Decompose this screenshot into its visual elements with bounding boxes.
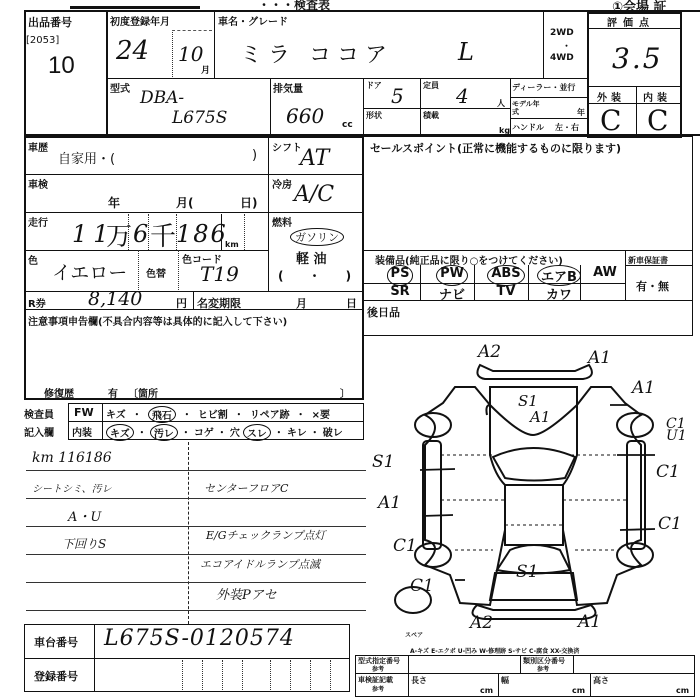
divider <box>510 78 511 136</box>
first-reg-month: 10 <box>178 42 203 66</box>
damage-front-bumper-right: A1 <box>588 348 611 368</box>
header-rule <box>70 6 200 9</box>
shift-value: AT <box>300 146 329 171</box>
sales-block <box>363 136 693 336</box>
note-rule <box>26 554 366 555</box>
damage-front-bumper-left: A2 <box>478 342 501 362</box>
note-left-4: 下回りS <box>62 535 106 552</box>
divider <box>543 10 544 78</box>
damage-trunk: S1 <box>516 562 538 582</box>
divider <box>102 403 103 440</box>
color-code: T19 <box>200 262 239 286</box>
fuel-label: 燃料 <box>272 214 292 229</box>
lot-label: 出品番号 <box>28 14 72 30</box>
right-doors <box>627 441 645 549</box>
model-year-label: モデル年式 <box>512 100 542 116</box>
drive-2wd[interactable]: 2WD <box>550 28 574 38</box>
reg-cell-divider <box>310 660 311 690</box>
fw-item-scratch[interactable]: キズ <box>106 406 126 423</box>
damage-right-front-fender: A1 <box>632 378 655 398</box>
divider <box>520 655 521 673</box>
damage-left-rear-door: A1 <box>378 493 401 513</box>
damage-spare: C1 <box>410 576 434 596</box>
exterior-grade: C <box>600 104 621 137</box>
model-year-unit: 年 <box>577 107 585 118</box>
fw-item-chip[interactable]: 飛石 <box>148 406 176 423</box>
divider <box>363 108 510 109</box>
handle-label: ハンドル <box>512 122 544 133</box>
car-name: ミラ ココア <box>240 38 393 69</box>
inspection-label: 車検 <box>28 176 48 191</box>
load-label: 積載 <box>423 110 439 121</box>
divider <box>193 291 194 309</box>
fw-item-crack[interactable]: ヒビ割 <box>198 406 228 423</box>
recycle-label: R券 <box>28 295 46 310</box>
interior-row-label: 内装 <box>72 424 92 439</box>
repair-value[interactable]: 有 <box>108 385 118 400</box>
handle-value[interactable]: 左・右 <box>555 122 579 133</box>
interior-grade: C <box>647 104 668 137</box>
divider <box>498 673 499 697</box>
note-rule <box>26 610 366 611</box>
divider <box>573 655 574 673</box>
int-item-tear[interactable]: 破レ <box>323 424 343 441</box>
model-line2: L675S <box>172 108 227 128</box>
doors: 5 <box>391 84 404 108</box>
int-item-scratch[interactable]: キズ <box>106 424 134 441</box>
repair-close: 〕 <box>340 385 350 400</box>
divider <box>106 10 108 136</box>
int-item-stain[interactable]: 汚レ <box>150 424 178 441</box>
displacement-unit: cc <box>342 120 353 130</box>
int-item-cut[interactable]: キレ <box>287 424 307 441</box>
divider <box>24 212 364 213</box>
repair-label: 修復歴 <box>44 385 74 400</box>
width-label: 幅 <box>501 675 509 686</box>
height-unit: cm <box>676 686 689 695</box>
aircon-label: 冷房 <box>272 176 292 191</box>
dims-sub: 参考 <box>372 684 384 693</box>
recycle-value: 8,140 <box>88 288 142 310</box>
left-side-outline <box>425 387 505 605</box>
divider <box>106 78 587 79</box>
doors-label: ドア <box>366 80 382 91</box>
reg-cell-divider <box>270 660 271 690</box>
divider <box>510 118 587 119</box>
int-item-hole[interactable]: 穴 <box>230 424 240 441</box>
divider <box>270 78 271 136</box>
reg-cell-divider <box>330 660 331 690</box>
fuel-other: ( ・ ) <box>278 267 351 284</box>
divider <box>590 673 591 697</box>
reg-cell-divider <box>202 660 203 690</box>
divider <box>24 291 364 292</box>
divider <box>128 214 129 250</box>
spare-label: スペア <box>405 630 423 639</box>
category-sub: 参考 <box>537 664 549 673</box>
reg-cell-divider <box>290 660 291 690</box>
lot-number: 10 <box>48 52 75 80</box>
displacement: 660 <box>286 104 324 128</box>
fuel-diesel[interactable]: 軽 油 <box>296 248 327 267</box>
shape-label: 形状 <box>366 110 382 121</box>
drive-separator: ・ <box>562 39 571 52</box>
aircon-value: A/C <box>294 182 334 207</box>
divider <box>636 86 637 138</box>
warranty-value[interactable]: 有・無 <box>636 278 669 294</box>
fw-items: キズ・ 飛石・ ヒビ割・ リペア跡・ ×要 <box>106 406 330 423</box>
dealer-label[interactable]: ディーラー・並行 <box>512 82 575 93</box>
divider <box>363 78 364 136</box>
length-label: 長さ <box>411 675 427 686</box>
divider <box>625 250 626 300</box>
usage-label: 車歴 <box>28 139 48 154</box>
sales-point-label: セールスポイント(正常に機能するものに限ります) <box>370 140 621 156</box>
first-reg-year: 24 <box>116 36 149 66</box>
color-label: 色 <box>28 252 38 267</box>
divider <box>420 265 421 300</box>
divider <box>138 250 139 290</box>
damage-legend: A-キズ E-エクボ U-凹み W-修理跡 S-サビ C-腐食 XX-交換済 <box>410 646 579 655</box>
fuel-gasoline[interactable]: ガソリン <box>290 228 344 246</box>
capacity: 4 <box>456 84 469 108</box>
shift-label: シフト <box>272 139 302 154</box>
capacity-label: 定員 <box>423 80 439 91</box>
drive-4wd[interactable]: 4WD <box>550 53 574 63</box>
inspection-day: 日) <box>240 194 258 211</box>
divider <box>214 10 215 78</box>
color-change-label: 色替 <box>146 265 166 280</box>
car-name-label: 車名・グレード <box>218 13 288 28</box>
note-rule <box>26 470 366 471</box>
score-label: 評価点 <box>607 14 655 29</box>
divider <box>625 265 693 266</box>
divider <box>355 673 695 674</box>
chassis-label: 車台番号 <box>34 634 78 650</box>
note-rule <box>26 582 366 583</box>
model-line1: DBA- <box>140 88 184 108</box>
divider <box>420 78 421 136</box>
score-value: 3.5 <box>612 42 663 75</box>
damage-rear-bumper-left: A2 <box>470 613 493 633</box>
divider <box>24 309 364 310</box>
load-unit: kg <box>499 126 510 135</box>
note-left-2: シートシミ、汚レ <box>32 480 112 495</box>
damage-right-rear-door: C1 <box>658 514 682 534</box>
inspector-label-1: 検査員 <box>24 406 54 421</box>
fw-label: FW <box>74 406 94 419</box>
note-right-4: E/Gチェックランプ点灯 <box>206 527 325 543</box>
divider <box>363 300 693 301</box>
int-item-wear[interactable]: スレ <box>243 424 271 441</box>
later-items-label: 後日品 <box>367 304 400 320</box>
divider <box>510 97 587 98</box>
divider <box>268 136 269 291</box>
reg-cell-divider <box>222 660 223 690</box>
note-right-2: センターフロアC <box>204 480 288 496</box>
mileage-unit: km <box>225 240 239 249</box>
damage-right-front-door: C1 <box>656 462 680 482</box>
lot-subcode: [2053] <box>26 35 59 46</box>
damage-left-front-door: S1 <box>372 452 394 472</box>
mileage-label: 走行 <box>28 214 48 229</box>
fw-item-replace[interactable]: ×要 <box>312 406 330 423</box>
reg-cell-divider <box>242 660 243 690</box>
divider <box>408 655 409 697</box>
first-reg-label: 初度登録年月 <box>110 13 170 28</box>
divider <box>587 86 682 87</box>
model-label: 型式 <box>110 80 130 95</box>
height-label: 高さ <box>593 675 609 686</box>
divider <box>24 250 268 251</box>
front-bumper-shape <box>477 365 591 379</box>
length-unit: cm <box>480 686 493 695</box>
month-unit: 月 <box>201 63 210 76</box>
divider <box>244 214 245 250</box>
interior-items: キズ・ 汚レ・ コゲ・ 穴 スレ・ キレ・ 破レ <box>106 424 343 441</box>
interior-label: 内装 <box>643 89 671 104</box>
divider <box>587 28 682 29</box>
divider <box>178 250 179 290</box>
mileage-sen-unit: 千 <box>150 216 176 253</box>
damage-windshield: A1 <box>530 408 550 426</box>
divider <box>172 30 212 31</box>
usage-value: 自家用・( <box>58 148 115 167</box>
divider <box>221 214 222 250</box>
reg-cell-divider <box>182 660 183 690</box>
divider <box>580 265 581 300</box>
note-left-3: A・U <box>68 506 101 525</box>
exterior-label: 外装 <box>597 89 625 104</box>
divider <box>148 214 149 250</box>
divider <box>474 265 475 300</box>
int-item-burn[interactable]: コゲ <box>194 424 214 441</box>
note-rule <box>26 498 366 499</box>
windshield-shape <box>493 448 575 481</box>
form-number-sub: 参考 <box>372 664 384 673</box>
inspector-label-2: 記入欄 <box>24 424 54 439</box>
divider <box>172 30 173 77</box>
divider <box>24 174 364 175</box>
damage-right-front-wheel: C1 U1 <box>666 418 696 442</box>
mileage-sen: 6 <box>133 220 148 248</box>
fw-item-repair[interactable]: リペア跡 <box>250 406 290 423</box>
width-unit: cm <box>572 686 585 695</box>
note-right-5: エコアイドルランプ点滅 <box>200 556 320 572</box>
roof-shape <box>505 485 563 545</box>
usage-close: ) <box>252 148 257 163</box>
car-grade: L <box>458 38 474 66</box>
registration-label: 登録番号 <box>34 668 78 684</box>
inspection-year: 年 <box>108 194 120 211</box>
divider <box>24 658 350 659</box>
color-value: イエロー <box>52 258 127 285</box>
divider <box>528 265 529 300</box>
wheel-front-right <box>617 413 653 437</box>
right-side-outline <box>563 387 641 605</box>
displacement-label: 排気量 <box>273 80 303 95</box>
chassis-number: L675S-0120574 <box>104 626 295 651</box>
note-left-1: km 116186 <box>32 450 112 466</box>
divider <box>363 250 693 251</box>
notes-label: 注意事項申告欄(不具合内容等は具体的に記入して下さい) <box>28 313 287 328</box>
inspection-month: 月( <box>176 194 194 211</box>
wheel-rear-right <box>617 543 653 567</box>
damage-rear-bumper-right: A1 <box>578 612 601 632</box>
damage-left-rear-wheel: C1 <box>393 536 417 556</box>
repair-location: 〔箇所 <box>128 385 158 400</box>
note-right-6: 外装Pアセ <box>216 584 277 603</box>
